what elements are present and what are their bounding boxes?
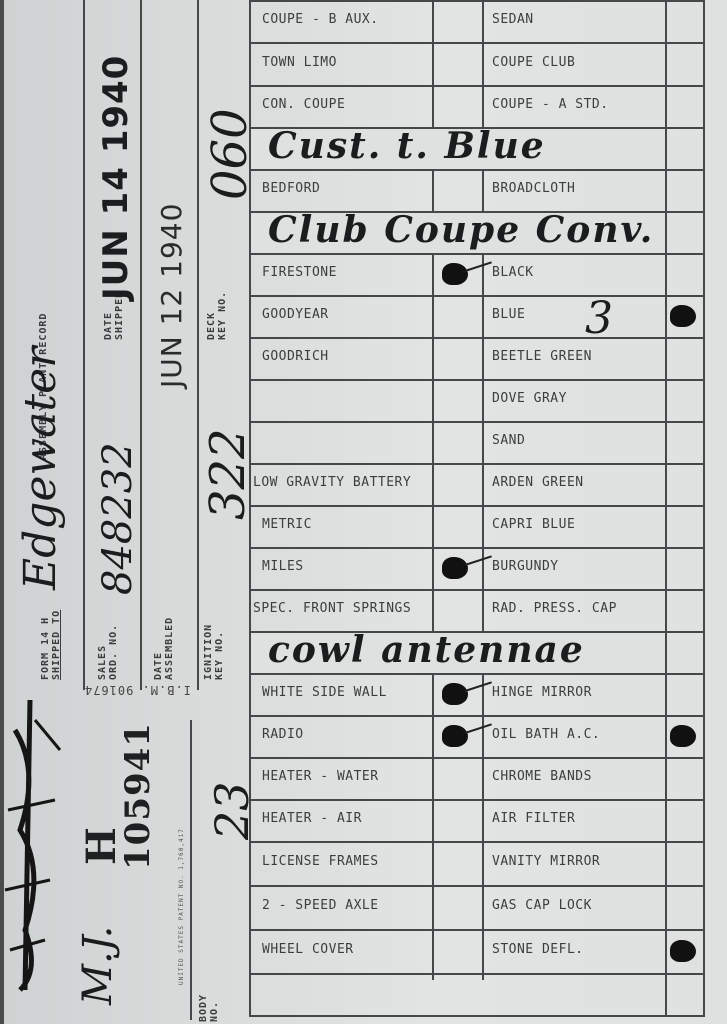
left-check-mark (442, 725, 468, 747)
grid-row-line (249, 295, 705, 297)
initials-text: M.J. (75, 926, 121, 1005)
sales-ord-value: 848232 (95, 442, 141, 595)
form-number: FORM 14 H (40, 610, 51, 680)
grid-row-line (249, 589, 705, 591)
grid-row-line (249, 505, 705, 507)
grid-row-line (249, 547, 705, 549)
option-right: GAS CAP LOCK (492, 898, 592, 913)
option-right: STONE DEFL. (492, 942, 584, 957)
option-right: ARDEN GREEN (492, 475, 584, 490)
patent-number-text: UNITED STATES PATENT NO. 1,760,417 (178, 828, 185, 985)
option-left: METRIC (262, 517, 312, 532)
grid-row-line (249, 715, 705, 717)
option-left: GOODRICH (262, 349, 329, 364)
option-right: SAND (492, 433, 525, 448)
date-label-2: DATE (153, 617, 164, 680)
serial-number: 105941 (118, 722, 158, 870)
grid-row-line (249, 841, 705, 843)
option-left: GOODYEAR (262, 307, 329, 322)
grid-row-line (249, 463, 705, 465)
grid-row-line (249, 42, 705, 44)
sales-ord-number: 848232 (95, 442, 141, 595)
option-right: VANITY MIRROR (492, 854, 600, 869)
option-right: HINGE MIRROR (492, 685, 592, 700)
date-shipped-value: JUN 14 1940 (96, 55, 136, 300)
option-right: SEDAN (492, 12, 534, 27)
deck-key-no-label: KEY NO. (217, 291, 228, 340)
option-right: COUPE - A STD. (492, 97, 609, 112)
date-assembled-value: JUN 12 1940 (155, 203, 188, 388)
ignition-key-number: 322 (200, 428, 256, 520)
left-check-mark (442, 263, 468, 285)
grid-right-border (703, 0, 705, 1015)
date-assembled-stamp: JUN 12 1940 (155, 203, 188, 388)
assembly-plant-record-card: FORM 14 H SHIPPED TO ASSEMBLY PLANT RECO… (0, 0, 727, 1024)
left-rule-4 (190, 720, 192, 1020)
ibm-code: I.B.M. 901674 (84, 683, 191, 697)
option-left: SPEC. FRONT SPRINGS (253, 601, 411, 616)
right-check-mark (670, 725, 696, 747)
grid-top-line (249, 0, 705, 2)
date-assembled-label: DATE ASSEMBLED (153, 617, 175, 680)
option-left: RADIO (262, 727, 304, 742)
right-check-mark (670, 940, 696, 962)
check-tick (465, 723, 492, 734)
grid-row-line (249, 253, 705, 255)
shipped-to-value: Edgewater (15, 347, 66, 590)
ignition-key-value: 322 (200, 428, 256, 520)
patent-text: UNITED STATES PATENT NO. 1,760,417 (178, 828, 185, 985)
option-left: TOWN LIMO (262, 55, 337, 70)
option-right: BURGUNDY (492, 559, 559, 574)
shipped-to-text: Edgewater (15, 347, 66, 590)
body-no-label: BODY NO. (198, 994, 220, 1022)
left-rule-3 (197, 0, 199, 690)
serial-number-text: 105941 (118, 722, 158, 870)
struck-signature (0, 690, 70, 1010)
assembled-label: ASSEMBLED (164, 617, 175, 680)
deck-label: DECK (206, 291, 217, 340)
option-right: OIL BATH A.C. (492, 727, 600, 742)
option-left: WHEEL COVER (262, 942, 354, 957)
sales-ord-label: SALES ORD. NO. (97, 624, 119, 680)
date-shipped-stamp: JUN 14 1940 (96, 55, 136, 300)
form-label: FORM 14 H SHIPPED TO (40, 610, 62, 680)
option-left: MILES (262, 559, 304, 574)
option-left: HEATER - WATER (262, 769, 379, 784)
option-left: COUPE - B AUX. (262, 12, 379, 27)
left-check-mark (442, 683, 468, 705)
option-left: 2 - SPEED AXLE (262, 898, 379, 913)
option-right: BEETLE GREEN (492, 349, 592, 364)
initials: M.J. (75, 926, 121, 1005)
handwritten-annotation: 3 (585, 293, 613, 344)
check-tick (465, 555, 492, 566)
option-left: WHITE SIDE WALL (262, 685, 387, 700)
option-left: CON. COUPE (262, 97, 345, 112)
option-right: CHROME BANDS (492, 769, 592, 784)
option-right: DOVE GRAY (492, 391, 567, 406)
grid-row-line (249, 379, 705, 381)
grid-row-line (249, 421, 705, 423)
option-right: BLUE (492, 307, 525, 322)
option-right: RAD. PRESS. CAP (492, 601, 617, 616)
grid-row-line (249, 929, 705, 931)
grid-row-line (249, 885, 705, 887)
option-right: AIR FILTER (492, 811, 575, 826)
handwritten-note: Club Coupe Conv. (268, 209, 654, 251)
shipped-to-label: SHIPPED TO (51, 610, 62, 680)
option-right: BROADCLOTH (492, 181, 575, 196)
grid-row-line (249, 1015, 705, 1017)
check-tick (465, 261, 492, 272)
body-label: BODY (198, 994, 209, 1022)
option-right: COUPE CLUB (492, 55, 575, 70)
right-check-mark (670, 305, 696, 327)
option-left: LICENSE FRAMES (262, 854, 379, 869)
option-left: FIRESTONE (262, 265, 337, 280)
grid-row-line (249, 799, 705, 801)
option-left: HEATER - AIR (262, 811, 362, 826)
left-check-mark (442, 557, 468, 579)
ord-no-label: ORD. NO. (108, 624, 119, 680)
option-left: LOW GRAVITY BATTERY (253, 475, 411, 490)
left-rule-1 (83, 0, 85, 690)
deck-key-label: DECK KEY NO. (206, 291, 228, 340)
ignition-key-label: IGNITION KEY NO. (203, 624, 225, 680)
ignition-label: IGNITION (203, 624, 214, 680)
sales-label: SALES (97, 624, 108, 680)
grid-row-line (249, 337, 705, 339)
body-no-label-text: NO. (209, 994, 220, 1022)
grid-row-line (249, 757, 705, 759)
grid-col-3 (665, 0, 667, 1015)
grid-row-line (249, 673, 705, 675)
grid-row-line (249, 973, 705, 975)
check-tick (465, 681, 492, 692)
grid-row-line (249, 169, 705, 171)
key-no-label: KEY NO. (214, 624, 225, 680)
option-right: CAPRI BLUE (492, 517, 575, 532)
option-right: BLACK (492, 265, 534, 280)
handwritten-note: cowl antennae (268, 629, 585, 671)
handwritten-note: Cust. t. Blue (268, 125, 546, 167)
ibm-code-text: I.B.M. 901674 (84, 683, 191, 697)
option-left: BEDFORD (262, 181, 320, 196)
grid-row-line (249, 85, 705, 87)
